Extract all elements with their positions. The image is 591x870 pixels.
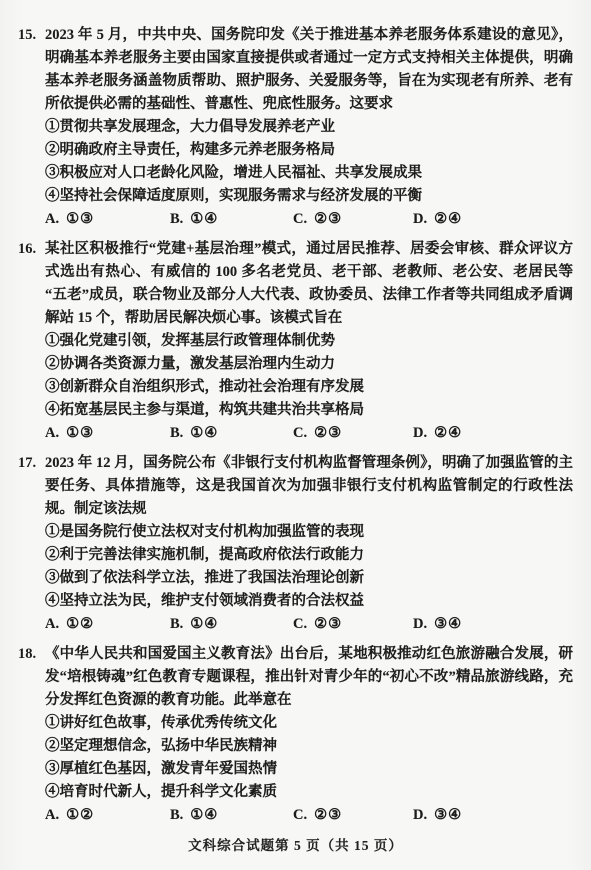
page-footer: 文科综合试题第 5 页（共 15 页）: [0, 834, 591, 854]
option-label: B.: [170, 616, 183, 632]
option-label: D.: [413, 616, 427, 632]
question-item-4: ④培育时代新人，提升科学文化素质: [45, 781, 573, 804]
option-d: D.②④: [413, 208, 573, 231]
question-item-2: ②利于完善法律实施机制，提高政府依法行政能力: [45, 544, 573, 567]
option-a: A.①②: [45, 613, 170, 636]
option-label: A.: [45, 425, 59, 441]
question-item-3: ③厚植红色基因，激发青年爱国热情: [45, 758, 573, 781]
option-value: ③④: [434, 616, 462, 632]
question-item-2: ②明确政府主导责任，构建多元养老服务格局: [45, 139, 573, 162]
question-item-1: ①是国务院行使立法权对支付机构加强监管的表现: [45, 521, 573, 544]
question-item-1: ①讲好红色故事，传承优秀传统文化: [45, 712, 573, 735]
option-label: D.: [413, 807, 427, 823]
question-number: 17.: [18, 452, 45, 475]
option-label: D.: [413, 425, 427, 441]
option-value: ①④: [190, 807, 218, 823]
option-label: A.: [45, 616, 59, 632]
option-label: C.: [293, 807, 307, 823]
option-label: C.: [293, 425, 307, 441]
question-item-3: ③积极应对人口老龄化风险，增进人民福祉、共享发展成果: [45, 162, 573, 185]
option-value: ②③: [314, 807, 342, 823]
question-stem: 2023 年 12 月，国务院公布《非银行支付机构监督管理条例》，明确了加强监管…: [45, 452, 573, 521]
question-stem: 2023 年 5 月，中共中央、国务院印发《关于推进基本养老服务体系建设的意见》…: [45, 24, 573, 116]
option-b: B.①④: [170, 613, 293, 636]
question-item-1: ①强化党建引领，发挥基层行政管理体制优势: [45, 330, 573, 353]
option-b: B.①④: [170, 422, 293, 445]
option-value: ①④: [190, 211, 218, 227]
option-b: B.①④: [170, 804, 293, 827]
option-d: D.③④: [413, 804, 573, 827]
question-item-4: ④坚持立法为民，维护支付领域消费者的合法权益: [45, 590, 573, 613]
question-item-2: ②坚定理想信念，弘扬中华民族精神: [45, 735, 573, 758]
question-15: 15. 2023 年 5 月，中共中央、国务院印发《关于推进基本养老服务体系建设…: [45, 24, 573, 231]
options-row: A.①② B.①④ C.②③ D.③④: [45, 804, 573, 827]
option-label: A.: [45, 807, 59, 823]
option-value: ①③: [66, 425, 94, 441]
question-18: 18. 《中华人民共和国爱国主义教育法》出台后，某地积极推动红色旅游融合发展，研…: [45, 643, 573, 827]
option-c: C.②③: [293, 208, 413, 231]
options-row: A.①③ B.①④ C.②③ D.②④: [45, 422, 573, 445]
option-d: D.③④: [413, 613, 573, 636]
option-value: ①②: [66, 807, 94, 823]
option-value: ①④: [190, 425, 218, 441]
option-a: A.①③: [45, 208, 170, 231]
question-number: 16.: [18, 238, 45, 261]
question-number: 15.: [18, 24, 45, 47]
option-label: A.: [45, 211, 59, 227]
option-value: ①④: [190, 616, 218, 632]
option-value: ②③: [314, 211, 342, 227]
option-value: ③④: [434, 807, 462, 823]
option-value: ②③: [314, 425, 342, 441]
question-16: 16. 某社区积极推行“党建+基层治理”模式，通过居民推荐、居委会审核、群众评议…: [45, 238, 573, 445]
option-a: A.①②: [45, 804, 170, 827]
question-item-1: ①贯彻共享发展理念，大力倡导发展养老产业: [45, 116, 573, 139]
option-d: D.②④: [413, 422, 573, 445]
option-label: B.: [170, 211, 183, 227]
option-label: B.: [170, 425, 183, 441]
question-item-3: ③创新群众自治组织形式，推动社会治理有序发展: [45, 376, 573, 399]
option-a: A.①③: [45, 422, 170, 445]
option-label: B.: [170, 807, 183, 823]
question-17: 17. 2023 年 12 月，国务院公布《非银行支付机构监督管理条例》，明确了…: [45, 452, 573, 636]
option-b: B.①④: [170, 208, 293, 231]
options-row: A.①② B.①④ C.②③ D.③④: [45, 613, 573, 636]
question-number: 18.: [18, 643, 45, 666]
question-stem: 《中华人民共和国爱国主义教育法》出台后，某地积极推动红色旅游融合发展，研发“培根…: [45, 643, 573, 712]
option-label: C.: [293, 616, 307, 632]
question-item-3: ③做到了依法科学立法，推进了我国法治理论创新: [45, 567, 573, 590]
option-value: ②④: [434, 425, 462, 441]
question-stem: 某社区积极推行“党建+基层治理”模式，通过居民推荐、居委会审核、群众评议方式选出…: [45, 238, 573, 330]
option-value: ②④: [434, 211, 462, 227]
question-item-2: ②协调各类资源力量，激发基层治理内生动力: [45, 353, 573, 376]
option-value: ②③: [314, 616, 342, 632]
option-c: C.②③: [293, 804, 413, 827]
option-c: C.②③: [293, 613, 413, 636]
option-value: ①③: [66, 211, 94, 227]
option-value: ①②: [66, 616, 94, 632]
question-item-4: ④坚持社会保障适度原则，实现服务需求与经济发展的平衡: [45, 185, 573, 208]
question-item-4: ④拓宽基层民主参与渠道，构筑共建共治共享格局: [45, 399, 573, 422]
options-row: A.①③ B.①④ C.②③ D.②④: [45, 208, 573, 231]
option-label: D.: [413, 211, 427, 227]
exam-page: 15. 2023 年 5 月，中共中央、国务院印发《关于推进基本养老服务体系建设…: [0, 0, 591, 870]
option-c: C.②③: [293, 422, 413, 445]
option-label: C.: [293, 211, 307, 227]
